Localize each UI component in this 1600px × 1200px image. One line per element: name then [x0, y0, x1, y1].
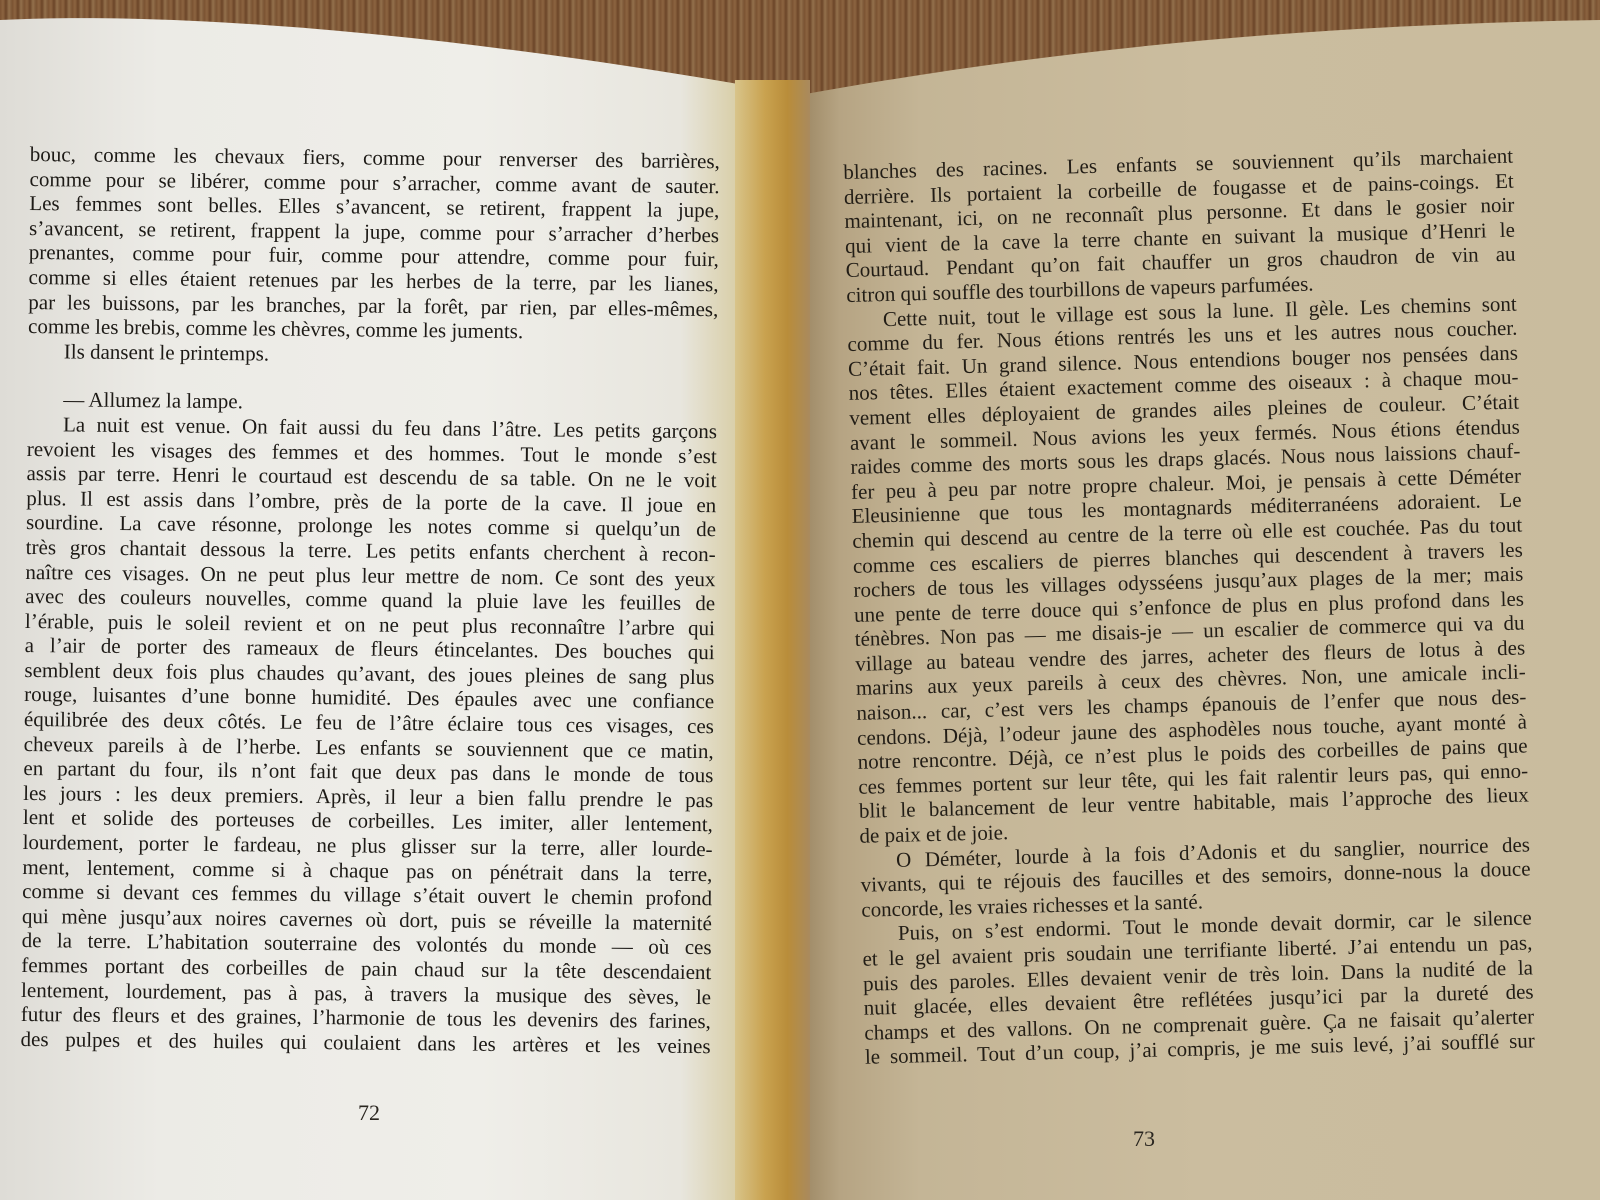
open-book: bouc, comme les chevaux fiers, comme pou… — [0, 0, 1600, 1200]
right-page-text: blanches des racines. Les enfants se sou… — [843, 144, 1535, 1070]
right-page-number: 73 — [1133, 1126, 1155, 1152]
left-page-number: 72 — [358, 1100, 380, 1126]
book-gutter — [735, 80, 810, 1200]
left-page-text: bouc, comme les chevaux fiers, comme pou… — [20, 142, 719, 1059]
